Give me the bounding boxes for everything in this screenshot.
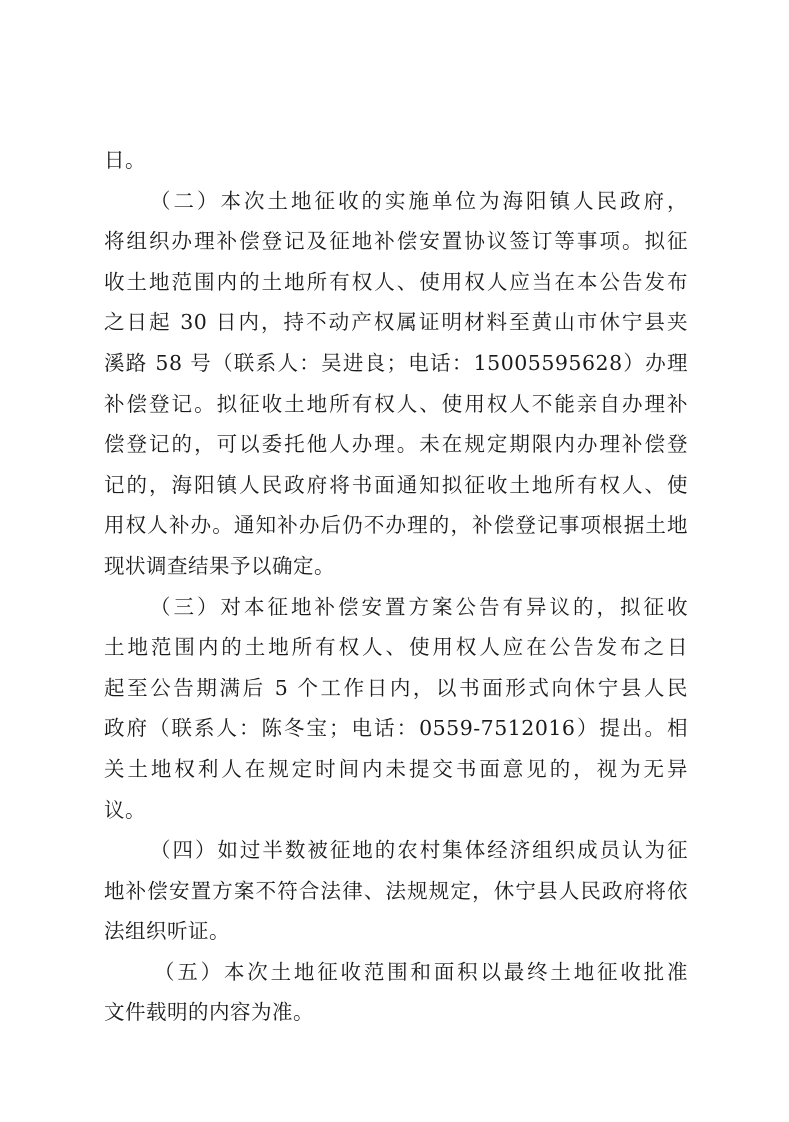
text-line: 文件载明的内容为准。 [104, 992, 688, 1033]
text-line: 地补偿安置方案不符合法律、法规规定，休宁县人民政府将依 [104, 871, 688, 912]
text-line: 日。 [104, 140, 688, 181]
paragraph-section-3: （三）对本征地补偿安置方案公告有异议的，拟征收 土地范围内的土地所有权人、使用权… [104, 587, 688, 831]
text-line: 记的，海阳镇人民政府将书面通知拟征收土地所有权人、使 [104, 465, 688, 506]
text-line: 用权人补办。通知补办后仍不办理的，补偿登记事项根据土地 [104, 505, 688, 546]
document-page: 日。 （二）本次土地征收的实施单位为海阳镇人民政府， 将组织办理补偿登记及征地补… [104, 140, 688, 1033]
paragraph-section-2: （二）本次土地征收的实施单位为海阳镇人民政府， 将组织办理补偿登记及征地补偿安置… [104, 181, 688, 587]
text-line: 将组织办理补偿登记及征地补偿安置协议签订等事项。拟征 [104, 221, 688, 262]
text-line: 溪路 58 号（联系人：吴进良；电话：15005595628）办理 [104, 343, 688, 384]
text-line: 关土地权利人在规定时间内未提交书面意见的，视为无异 [104, 749, 688, 790]
text-line: 收土地范围内的土地所有权人、使用权人应当在本公告发布 [104, 262, 688, 303]
paragraph-section-4: （四）如过半数被征地的农村集体经济组织成员认为征 地补偿安置方案不符合法律、法规… [104, 830, 688, 952]
text-line: 土地范围内的土地所有权人、使用权人应在公告发布之日 [104, 627, 688, 668]
text-line: 之日起 30 日内，持不动产权属证明材料至黄山市休宁县夹 [104, 302, 688, 343]
text-line: 法组织听证。 [104, 911, 688, 952]
text-line: 偿登记的，可以委托他人办理。未在规定期限内办理补偿登 [104, 424, 688, 465]
text-line: 现状调查结果予以确定。 [104, 546, 688, 587]
text-line: （三）对本征地补偿安置方案公告有异议的，拟征收 [104, 587, 688, 628]
text-line: 政府（联系人：陈冬宝；电话：0559-7512016）提出。相 [104, 708, 688, 749]
text-line: （五）本次土地征收范围和面积以最终土地征收批准 [104, 952, 688, 993]
text-line: 议。 [104, 790, 688, 831]
paragraph-continuation: 日。 [104, 140, 688, 181]
text-line: （二）本次土地征收的实施单位为海阳镇人民政府， [104, 181, 688, 222]
text-line: （四）如过半数被征地的农村集体经济组织成员认为征 [104, 830, 688, 871]
text-line: 补偿登记。拟征收土地所有权人、使用权人不能亲自办理补 [104, 384, 688, 425]
text-line: 起至公告期满后 5 个工作日内，以书面形式向休宁县人民 [104, 668, 688, 709]
paragraph-section-5: （五）本次土地征收范围和面积以最终土地征收批准 文件载明的内容为准。 [104, 952, 688, 1033]
